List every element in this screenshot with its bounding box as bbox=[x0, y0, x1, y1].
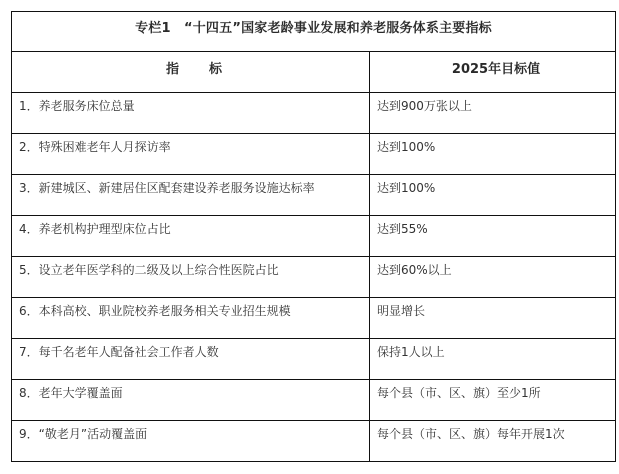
header-target: 2025年目标值 bbox=[370, 52, 616, 93]
table-row: 6．本科高校、职业院校养老服务相关专业招生规模 明显增长 bbox=[12, 298, 616, 339]
table-row: 5．设立老年医学科的二级及以上综合性医院占比 达到60%以上 bbox=[12, 257, 616, 298]
target-cell: 每个县（市、区、旗）每年开展1次 bbox=[370, 421, 616, 462]
table-row: 4．养老机构护理型床位占比 达到55% bbox=[12, 216, 616, 257]
target-cell: 保持1人以上 bbox=[370, 339, 616, 380]
target-cell: 达到900万张以上 bbox=[370, 93, 616, 134]
target-cell: 达到55% bbox=[370, 216, 616, 257]
indicator-cell: 6．本科高校、职业院校养老服务相关专业招生规模 bbox=[12, 298, 370, 339]
indicator-cell: 3．新建城区、新建居住区配套建设养老服务设施达标率 bbox=[12, 175, 370, 216]
indicator-cell: 1．养老服务床位总量 bbox=[12, 93, 370, 134]
table-row: 7．每千名老年人配备社会工作者人数 保持1人以上 bbox=[12, 339, 616, 380]
indicator-cell: 5．设立老年医学科的二级及以上综合性医院占比 bbox=[12, 257, 370, 298]
table-title: 专栏1 “十四五”国家老龄事业发展和养老服务体系主要指标 bbox=[12, 12, 616, 52]
table-row: 1．养老服务床位总量 达到900万张以上 bbox=[12, 93, 616, 134]
target-cell: 每个县（市、区、旗）至少1所 bbox=[370, 380, 616, 421]
indicator-cell: 8．老年大学覆盖面 bbox=[12, 380, 370, 421]
table-row: 3．新建城区、新建居住区配套建设养老服务设施达标率 达到100% bbox=[12, 175, 616, 216]
indicator-cell: 2．特殊困难老年人月探访率 bbox=[12, 134, 370, 175]
target-cell: 达到100% bbox=[370, 134, 616, 175]
indicator-cell: 9．“敬老月”活动覆盖面 bbox=[12, 421, 370, 462]
header-indicator: 指标 bbox=[12, 52, 370, 93]
target-cell: 明显增长 bbox=[370, 298, 616, 339]
indicator-cell: 7．每千名老年人配备社会工作者人数 bbox=[12, 339, 370, 380]
header-indicator-char2: 标 bbox=[209, 62, 222, 77]
header-indicator-char1: 指 bbox=[166, 62, 179, 77]
table-row: 8．老年大学覆盖面 每个县（市、区、旗）至少1所 bbox=[12, 380, 616, 421]
target-cell: 达到60%以上 bbox=[370, 257, 616, 298]
indicator-cell: 4．养老机构护理型床位占比 bbox=[12, 216, 370, 257]
table-row: 9．“敬老月”活动覆盖面 每个县（市、区、旗）每年开展1次 bbox=[12, 421, 616, 462]
table-row: 2．特殊困难老年人月探访率 达到100% bbox=[12, 134, 616, 175]
title-row: 专栏1 “十四五”国家老龄事业发展和养老服务体系主要指标 bbox=[12, 12, 616, 52]
header-row: 指标 2025年目标值 bbox=[12, 52, 616, 93]
target-cell: 达到100% bbox=[370, 175, 616, 216]
indicators-table: 专栏1 “十四五”国家老龄事业发展和养老服务体系主要指标 指标 2025年目标值… bbox=[11, 11, 616, 462]
